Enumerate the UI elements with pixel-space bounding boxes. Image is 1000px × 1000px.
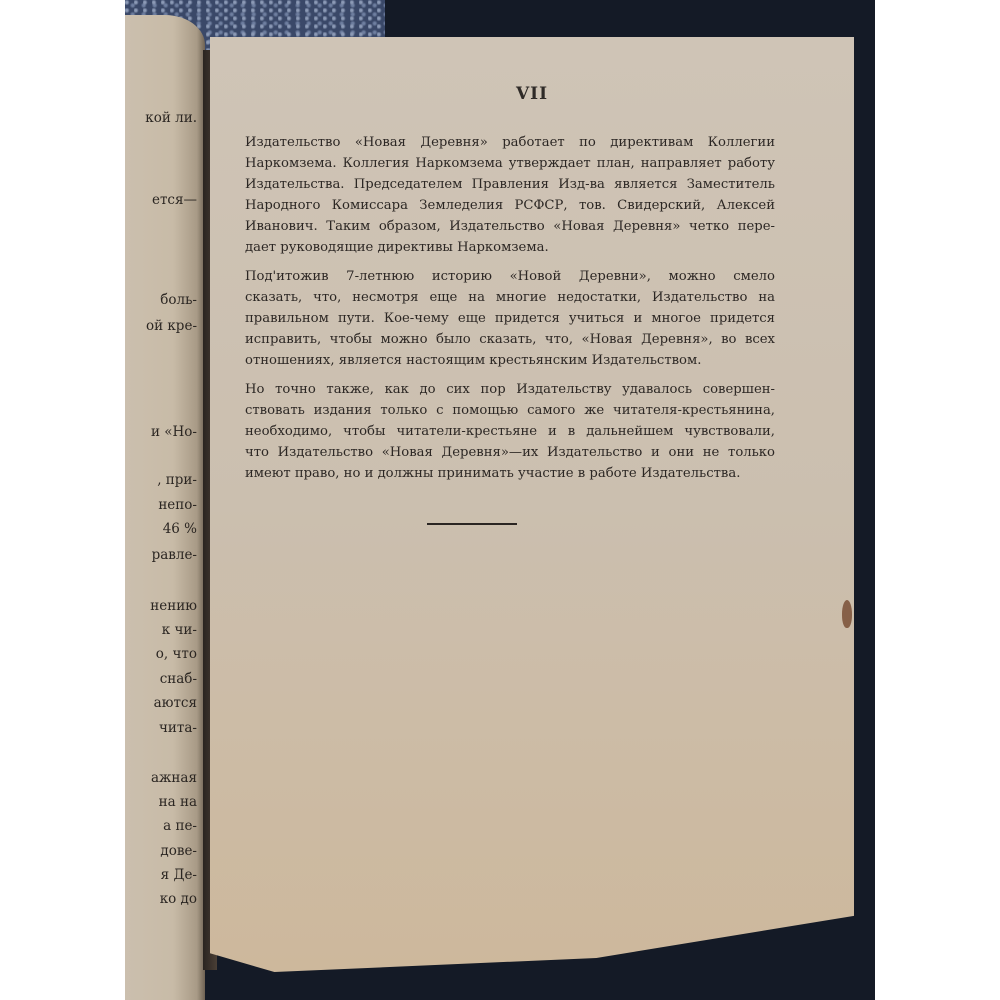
paragraph-2: Под'итожив 7-летнюю историю «Новой Дерев…	[215, 266, 775, 371]
page-text: Издательство «Новая Деревня» работает по…	[210, 132, 775, 492]
left-page-text-fragment: непо-	[158, 497, 197, 513]
text-line: необходимо, чтобы читатели-крестьяне и в…	[215, 421, 775, 442]
left-page-text-fragment: а пе-	[163, 818, 197, 834]
text-line: Но точно также, как до сих пор Издательс…	[215, 379, 775, 400]
left-page-text-fragment: о, что	[156, 646, 197, 662]
left-page-text-fragment: чита-	[159, 720, 197, 736]
text-line: Издательство «Новая Деревня» работает по…	[215, 132, 775, 153]
left-page-text-fragment: дове-	[160, 843, 197, 859]
left-page-text-fragment: ой кре-	[146, 318, 197, 334]
left-page-text-fragment: , при-	[157, 472, 197, 488]
text-line: правильном пути. Кое-чему еще придется у…	[215, 308, 775, 329]
paragraph-1: Издательство «Новая Деревня» работает по…	[215, 132, 775, 258]
text-line: Народного Комиссара Земледелия РСФСР, то…	[215, 195, 775, 216]
left-page-text-fragment: снаб-	[160, 671, 197, 687]
left-page-text-fragment: я Де-	[161, 867, 197, 883]
text-line: имеют право, но и должны принимать участ…	[215, 463, 775, 484]
text-line: отношениях, является настоящим крестьянс…	[215, 350, 775, 371]
text-line: Издательства. Председателем Правления Из…	[215, 174, 775, 195]
paper-stain	[842, 600, 852, 628]
left-page-text-fragment: нению	[150, 598, 197, 614]
left-page-text-fragment: боль-	[160, 292, 197, 308]
text-line: Под'итожив 7-летнюю историю «Новой Дерев…	[215, 266, 775, 287]
left-page-text-fragment: аются	[154, 695, 197, 711]
left-page-text-fragment: ется—	[152, 192, 197, 208]
text-line: дает руководящие директивы Наркомзема.	[215, 237, 775, 258]
paragraph-3: Но точно также, как до сих пор Издательс…	[215, 379, 775, 484]
left-page-text-fragment: ажная	[151, 770, 197, 786]
section-divider	[427, 523, 517, 525]
text-line: что Издательство «Новая Деревня»—их Изда…	[215, 442, 775, 463]
left-page-text-fragment: кой ли.	[145, 110, 197, 126]
text-line: Иванович. Таким образом, Издательство «Н…	[215, 216, 775, 237]
left-page-text-fragment: и «Но-	[151, 424, 197, 440]
left-page-text-fragment: 46 %	[163, 521, 197, 537]
left-page: кой ли.ется—боль-ой кре-и «Но-, при-непо…	[125, 15, 205, 1000]
left-page-text-fragment: к чи-	[162, 622, 197, 638]
text-line: сказать, что, несмотря еще на многие нед…	[215, 287, 775, 308]
text-line: Наркомзема. Коллегия Наркомзема утвержда…	[215, 153, 775, 174]
text-line: исправить, чтобы можно было сказать, что…	[215, 329, 775, 350]
page-number: VII	[210, 84, 854, 104]
left-page-text-fragment: на на	[159, 794, 197, 810]
left-page-text-fragment: ко до	[160, 891, 197, 907]
right-page: VII Издательство «Новая Деревня» работае…	[210, 37, 854, 972]
text-line: ствовать издания только с помощью самого…	[215, 400, 775, 421]
left-page-text-fragment: равле-	[152, 547, 197, 563]
book-photo: кой ли.ется—боль-ой кре-и «Но-, при-непо…	[125, 0, 875, 1000]
